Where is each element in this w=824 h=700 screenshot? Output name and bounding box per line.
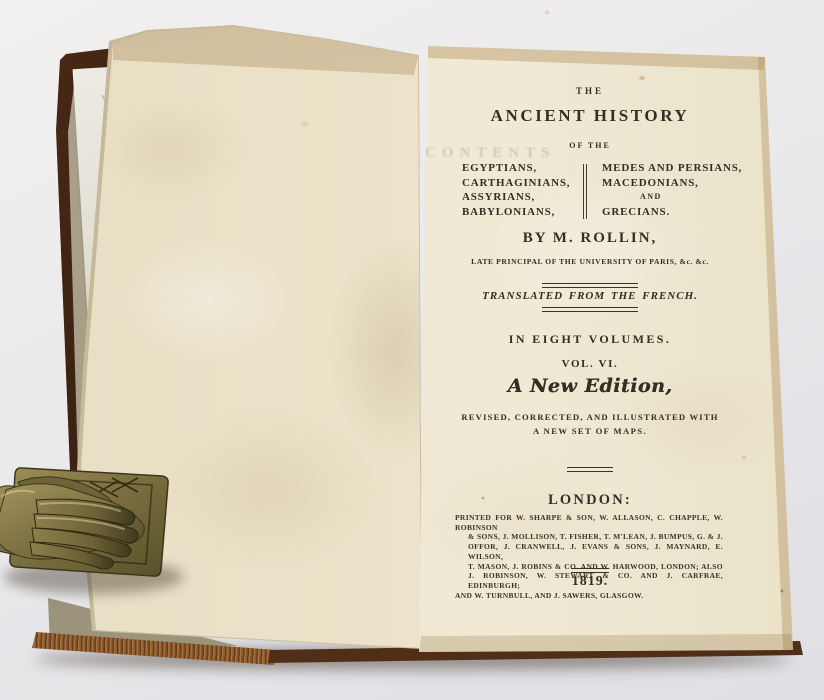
subject-item: BABYLONIANS,: [462, 205, 570, 220]
edition-statement: A New Edition,: [425, 375, 755, 397]
imprint-line: OFFOR, J. CRANWELL, J. EVANS & SONS, J. …: [455, 542, 723, 561]
byline: BY M. ROLLIN,: [425, 230, 755, 247]
subjects-column-right: MEDES AND PERSIANS, MACEDONIANS, AND GRE…: [602, 161, 742, 219]
fox-spot: [300, 120, 310, 128]
subject-item: CARTHAGINIANS,: [462, 176, 570, 191]
revision-statement-line2: A NEW SET OF MAPS.: [425, 426, 755, 436]
brass-hand-paperweight: [0, 448, 192, 598]
double-rule: [571, 568, 609, 573]
imprint-line: & SONS, J. MOLLISON, T. FISHER, T. M'LEA…: [455, 532, 723, 542]
of-the: OF THE: [425, 141, 755, 150]
subject-item: EGYPTIANS,: [462, 161, 570, 176]
subjects-column-left: EGYPTIANS, CARTHAGINIANS, ASSYRIANS, BAB…: [462, 161, 570, 219]
column-divider-double-rule: [583, 164, 587, 219]
volumes-statement: IN EIGHT VOLUMES.: [425, 332, 755, 347]
double-rule: [542, 283, 638, 288]
subject-item: ASSYRIANS,: [462, 190, 570, 205]
double-rule: [567, 467, 613, 472]
volume-number: VOL. VI.: [425, 358, 755, 370]
subject-item: GRECIANS.: [602, 205, 742, 220]
fox-spot: [780, 589, 784, 593]
publication-year: 1819.: [425, 574, 755, 590]
photo-of-open-antique-book: CONTENTS THE ANCIENT HISTORY OF THE EGYP…: [0, 0, 824, 700]
subject-item: AND: [602, 190, 742, 205]
imprint-line: PRINTED FOR W. SHARPE & SON, W. ALLASON,…: [455, 513, 723, 532]
double-rule: [542, 307, 638, 312]
subject-item: MACEDONIANS,: [602, 176, 742, 191]
main-title: ANCIENT HISTORY: [425, 106, 755, 126]
subject-item: MEDES AND PERSIANS,: [602, 161, 742, 176]
half-title: THE: [425, 86, 755, 96]
imprint-city: LONDON:: [425, 492, 755, 509]
fox-spot: [544, 10, 550, 15]
title-page-text: CONTENTS THE ANCIENT HISTORY OF THE EGYP…: [425, 46, 755, 646]
brass-hand-icon: [0, 448, 192, 598]
translated-note: TRANSLATED FROM THE FRENCH.: [425, 290, 755, 302]
byline-credentials: LATE PRINCIPAL OF THE UNIVERSITY OF PARI…: [425, 257, 755, 266]
imprint-line: AND W. TURNBULL, AND J. SAWERS, GLASGOW.: [455, 591, 723, 601]
revision-statement-line1: REVISED, CORRECTED, AND ILLUSTRATED WITH: [425, 412, 755, 422]
